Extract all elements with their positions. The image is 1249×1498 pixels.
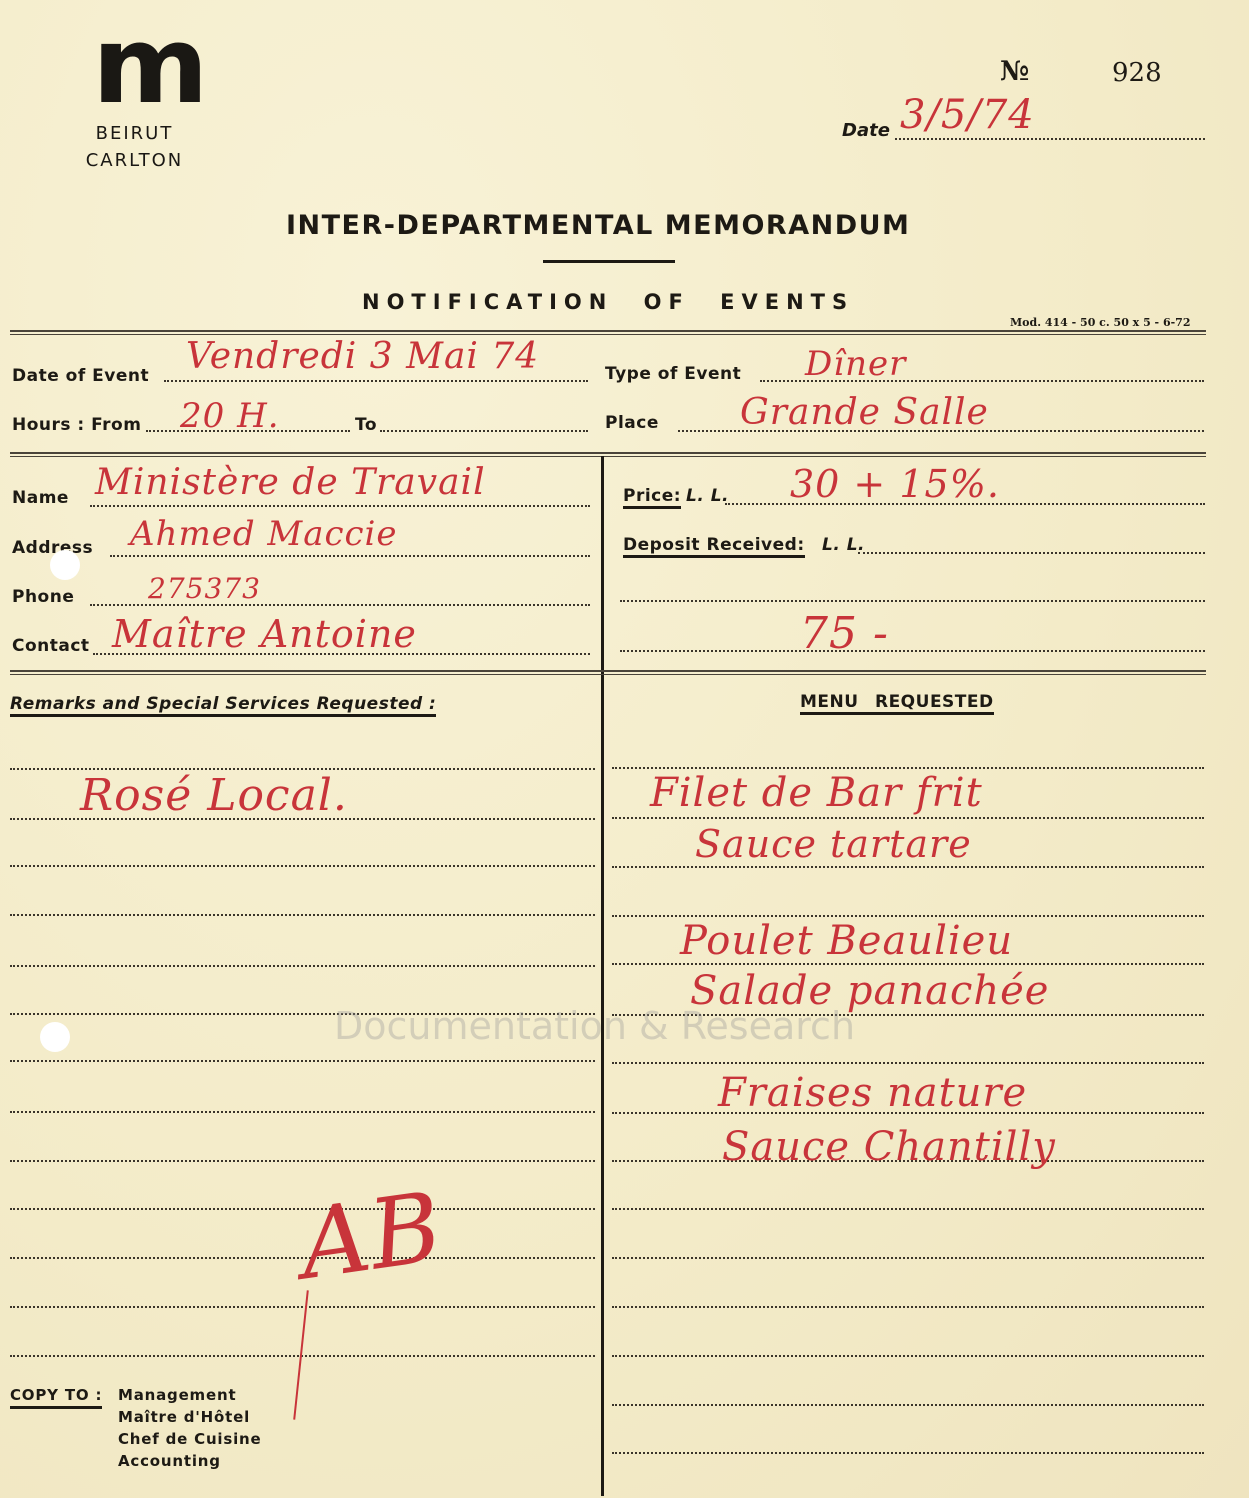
punch-hole — [40, 1022, 70, 1052]
date-line — [895, 138, 1205, 140]
signature: AB — [293, 1171, 449, 1302]
menu-line[interactable] — [612, 1452, 1204, 1454]
name-field[interactable]: Ministère de Travail — [95, 462, 486, 503]
name-line — [90, 505, 590, 507]
page-subtitle: NOTIFICATION OF EVENTS — [362, 290, 854, 314]
recipient-management: Management — [118, 1384, 262, 1406]
menu-line[interactable] — [612, 1257, 1204, 1259]
date-of-event-label: Date of Event — [12, 366, 149, 386]
menu-line[interactable] — [612, 1306, 1204, 1308]
copy-to-recipients: Management Maître d'Hôtel Chef de Cuisin… — [118, 1384, 262, 1472]
hours-to-label: To — [355, 415, 377, 435]
punch-hole — [50, 550, 80, 580]
hours-from-label: Hours : From — [12, 415, 141, 435]
menu-line[interactable] — [612, 1404, 1204, 1406]
pricing-line — [620, 650, 1205, 652]
menu-line[interactable] — [612, 767, 1204, 769]
phone-field[interactable]: 275373 — [148, 572, 261, 605]
hotel-brand: BEIRUT CARLTON — [62, 120, 207, 174]
remarks-heading: Remarks and Special Services Requested : — [10, 694, 436, 717]
menu-line[interactable] — [612, 915, 1204, 917]
copy-to-label: COPY TO : — [10, 1384, 102, 1409]
watermark: Documentation & Research — [334, 1004, 855, 1048]
menu-item[interactable]: Sauce tartare — [695, 822, 972, 866]
divider — [10, 330, 1206, 335]
date-value[interactable]: 3/5/74 — [900, 92, 1035, 138]
menu-heading: MENU REQUESTED — [800, 692, 994, 715]
remarks-line[interactable] — [10, 1160, 595, 1162]
remarks-text[interactable]: Rosé Local. — [80, 770, 348, 821]
price-label: Price: — [623, 486, 681, 509]
remarks-line[interactable] — [10, 965, 595, 967]
recipient-accounting: Accounting — [118, 1450, 262, 1472]
phone-label: Phone — [12, 587, 74, 607]
column-divider — [601, 456, 604, 1496]
memo-number: 928 — [1112, 58, 1162, 88]
type-of-event-field[interactable]: Dîner — [805, 344, 906, 384]
hours-from-field[interactable]: 20 H. — [180, 396, 280, 436]
remarks-line[interactable] — [10, 914, 595, 916]
date-label: Date — [842, 120, 890, 141]
contact-label: Contact — [12, 636, 90, 656]
title-underline — [543, 260, 675, 263]
remarks-line[interactable] — [10, 865, 595, 867]
menu-line[interactable] — [612, 1208, 1204, 1210]
deposit-line[interactable] — [858, 552, 1205, 554]
menu-line[interactable] — [612, 817, 1204, 819]
price-currency: L. L. — [686, 486, 729, 506]
hours-to-line[interactable] — [380, 430, 588, 432]
brand-line-2: CARLTON — [62, 147, 207, 174]
menu-line[interactable] — [612, 866, 1204, 868]
place-label: Place — [605, 413, 659, 433]
name-label: Name — [12, 488, 69, 508]
menu-line[interactable] — [612, 1355, 1204, 1357]
number-symbol: № — [1000, 56, 1029, 87]
place-field[interactable]: Grande Salle — [740, 392, 989, 433]
date-of-event-field[interactable]: Vendredi 3 Mai 74 — [186, 336, 539, 377]
menu-item[interactable]: Sauce Chantilly — [722, 1124, 1056, 1170]
menu-item[interactable]: Poulet Beaulieu — [680, 918, 1013, 964]
remarks-line[interactable] — [10, 1060, 595, 1062]
menu-item[interactable]: Filet de Bar frit — [650, 770, 983, 816]
contact-field[interactable]: Maître Antoine — [112, 612, 417, 656]
form-code: Mod. 414 - 50 c. 50 x 5 - 6-72 — [1010, 316, 1190, 329]
recipient-chef-de-cuisine: Chef de Cuisine — [118, 1428, 262, 1450]
page-title: INTER-DEPARTMENTAL MEMORANDUM — [286, 210, 910, 241]
hotel-logo-icon: m — [92, 13, 209, 119]
menu-item[interactable]: Fraises nature — [718, 1070, 1027, 1116]
price-field[interactable]: 30 + 15%. — [790, 462, 1000, 506]
remarks-line[interactable] — [10, 1306, 595, 1308]
remarks-line[interactable] — [10, 1355, 595, 1357]
divider — [10, 670, 1206, 675]
brand-line-1: BEIRUT — [62, 120, 207, 147]
pricing-line — [620, 600, 1205, 602]
address-line — [110, 555, 590, 557]
remarks-line[interactable] — [10, 1111, 595, 1113]
address-field[interactable]: Ahmed Maccie — [130, 514, 398, 554]
recipient-maitre-d-hotel: Maître d'Hôtel — [118, 1406, 262, 1428]
deposit-label: Deposit Received: — [623, 535, 805, 558]
menu-line[interactable] — [612, 1062, 1204, 1064]
date-of-event-line — [164, 380, 588, 382]
divider — [10, 452, 1206, 457]
type-of-event-label: Type of Event — [605, 364, 741, 384]
